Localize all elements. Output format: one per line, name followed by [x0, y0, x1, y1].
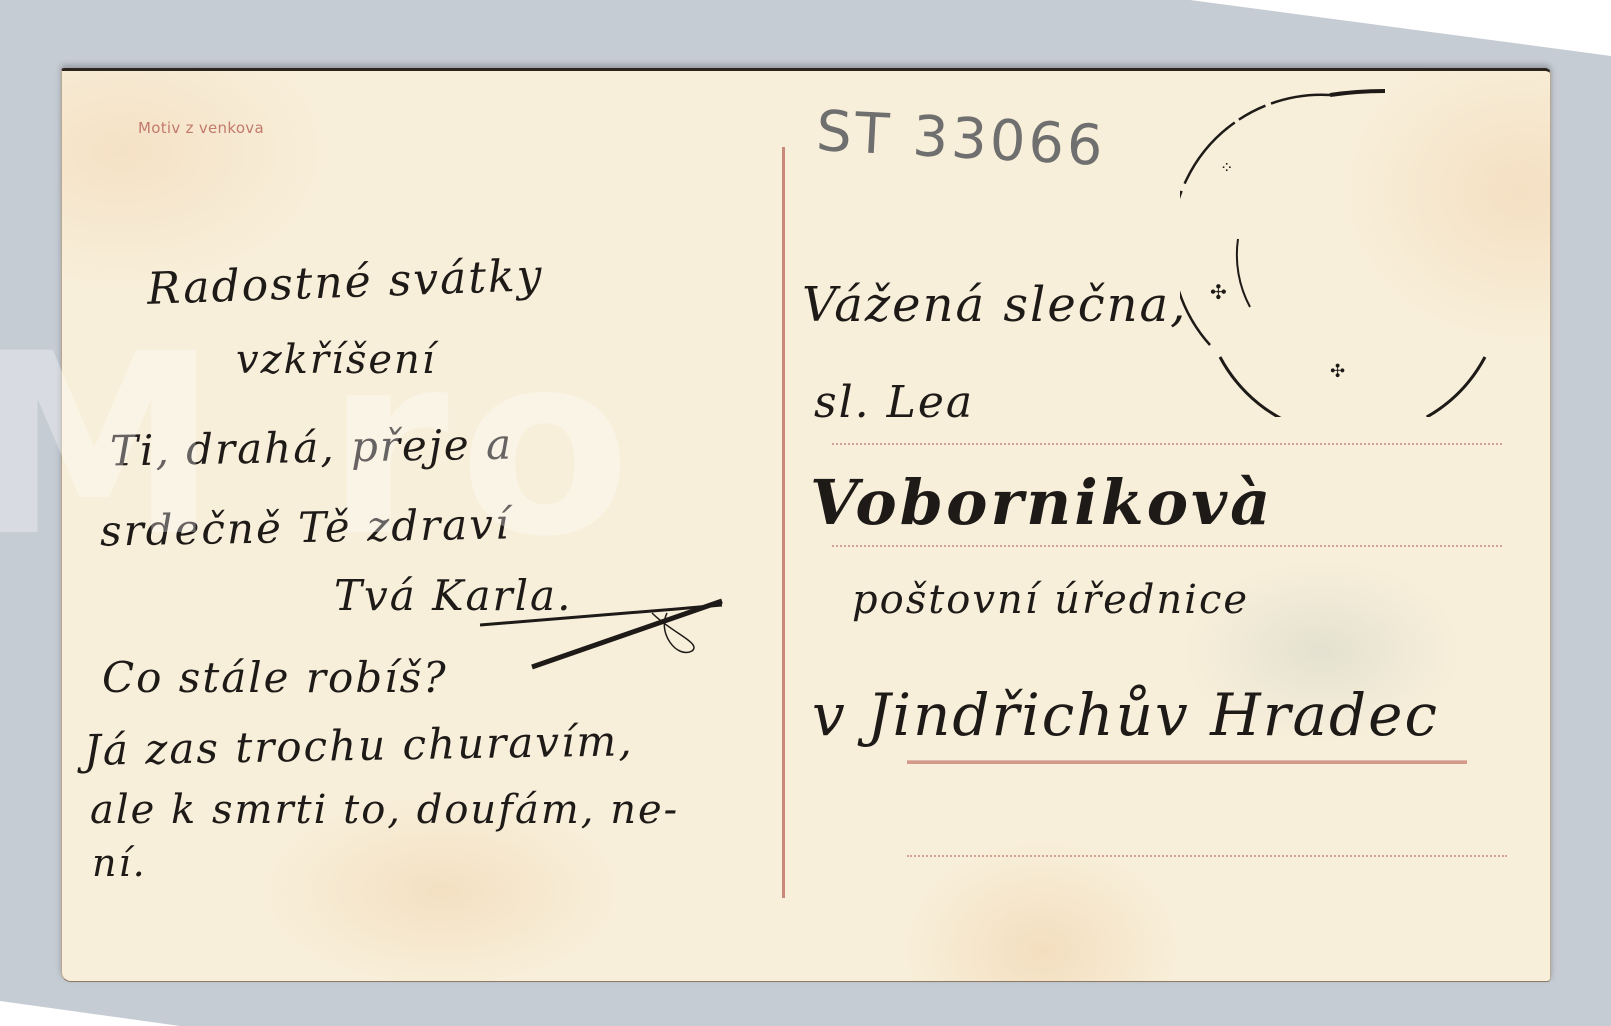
pencil-inventory-code: ST 33066	[815, 99, 1108, 179]
message-line: Radostné svátky	[146, 250, 544, 315]
printed-caption: Motiv z venkova	[138, 119, 264, 137]
address-underline	[907, 760, 1467, 764]
postcard-back: Motiv z venkova ST 33066 Radostné svátky…	[61, 68, 1551, 982]
address-first-name: sl. Lea	[814, 377, 974, 428]
svg-text:⁘: ⁘	[1220, 158, 1233, 177]
vertical-divider-line	[782, 147, 785, 898]
message-line: vzkříšení	[236, 337, 437, 383]
svg-text:✣: ✣	[1210, 280, 1227, 304]
svg-text:✣: ✣	[1330, 361, 1345, 382]
message-line: ní.	[92, 841, 147, 885]
postmark-stamp-icon: ⁘ ✣ ✣	[1180, 87, 1510, 417]
address-town: v Jindřichův Hradec	[812, 681, 1439, 749]
message-line: srdečně Tě zdraví	[100, 499, 511, 555]
message-line: Ti, drahá, přeje a	[110, 419, 514, 475]
address-dotted-line-2	[832, 545, 1502, 547]
address-occupation: poštovní úřednice	[852, 577, 1249, 623]
address-salutation: Vážená slečna,	[802, 277, 1187, 333]
address-dotted-line-3	[907, 855, 1507, 857]
address-surname: Vobornikovà	[810, 466, 1273, 539]
address-dotted-line-1	[832, 443, 1502, 445]
message-line: Co stále robíš?	[102, 653, 448, 702]
message-line: ale k smrti to, doufám, ne-	[90, 787, 679, 833]
signature-flourish-icon	[472, 593, 732, 673]
message-line: Já zas trochu churavím,	[84, 716, 634, 775]
